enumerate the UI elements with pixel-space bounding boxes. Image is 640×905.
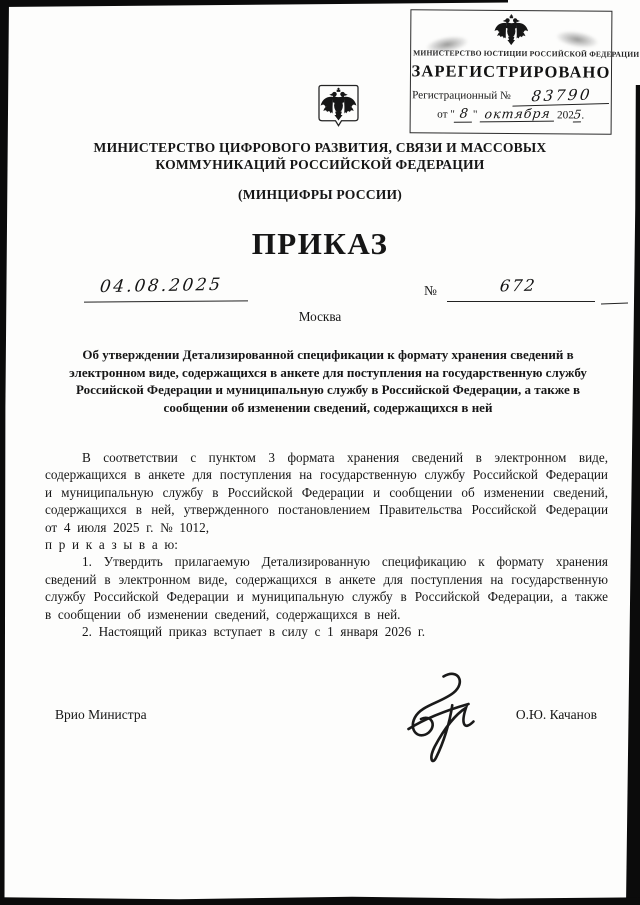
document-page: МИНИСТЕРСТВО ЮСТИЦИИ РОССИЙСКОЙ ФЕДЕРАЦИ… (0, 0, 640, 905)
scan-edge-left (0, 0, 9, 905)
stamp-date-close-quote: " (473, 109, 478, 121)
body-paragraph-1-end: п р и к а з ы в а ю: (45, 536, 608, 553)
order-number-value: 672 (499, 276, 538, 296)
order-date-line (84, 300, 248, 302)
scan-edge-right (626, 85, 640, 905)
signer-position-label: Врио Министра (55, 707, 147, 723)
signer-name: О.Ю. Качанов (516, 707, 597, 723)
city-label: Москва (0, 309, 640, 325)
org-name-line2: КОММУНИКАЦИЙ РОССИЙСКОЙ ФЕДЕРАЦИИ (0, 156, 640, 173)
order-number-line-end (601, 303, 628, 305)
stamp-ministry-name: МИНИСТЕРСТВО ЮСТИЦИИ РОССИЙСКОЙ ФЕДЕРАЦИ… (413, 48, 609, 58)
body-text-block: В соответствии с пунктом 3 формата хране… (45, 449, 608, 640)
stamp-ink-smudge (554, 28, 600, 51)
stamp-reg-number-row: Регистрационный № 83790 (411, 84, 611, 104)
stamp-date-day: 8 (454, 107, 474, 123)
number-sign: № (424, 283, 437, 299)
stamp-date-prefix: от " (437, 108, 455, 120)
stamp-reg-number-label: Регистрационный № (412, 89, 511, 102)
registration-stamp: МИНИСТЕРСТВО ЮСТИЦИИ РОССИЙСКОЙ ФЕДЕРАЦИ… (410, 9, 613, 134)
coat-of-arms-icon (316, 84, 361, 132)
body-paragraph-2: 1. Утвердить прилагаемую Детализированну… (45, 553, 608, 623)
stamp-date-row: от "8" октября 2025. (411, 105, 611, 123)
subject-text: Об утверждении Детализированной специфик… (66, 346, 590, 416)
scan-edge-top (0, 0, 508, 7)
org-title-block: МИНИСТЕРСТВО ЦИФРОВОГО РАЗВИТИЯ, СВЯЗИ И… (0, 139, 640, 203)
doc-type-title: ПРИКАЗ (0, 226, 640, 262)
stamp-reg-number-value: 83790 (512, 85, 611, 107)
org-name-line1: МИНИСТЕРСТВО ЦИФРОВОГО РАЗВИТИЯ, СВЯЗИ И… (0, 139, 640, 156)
org-short-name: (МИНЦИФРЫ РОССИИ) (0, 186, 640, 203)
stamp-date-year: 202 (557, 109, 574, 121)
body-paragraph-1: В соответствии с пунктом 3 формата хране… (45, 449, 608, 536)
scan-edge-bottom (0, 894, 640, 905)
order-date-value: 04.08.2025 (99, 275, 224, 297)
stamp-date-month: октября (479, 106, 555, 123)
order-number-line (447, 301, 595, 302)
stamp-date-suffix: . (581, 109, 584, 121)
stamp-registered-label: ЗАРЕГИСТРИРОВАНО (411, 61, 611, 82)
minister-signature (406, 669, 481, 769)
body-paragraph-3: 2. Настоящий приказ вступает в силу с 1 … (45, 623, 608, 640)
justice-eagle-icon (492, 14, 530, 47)
